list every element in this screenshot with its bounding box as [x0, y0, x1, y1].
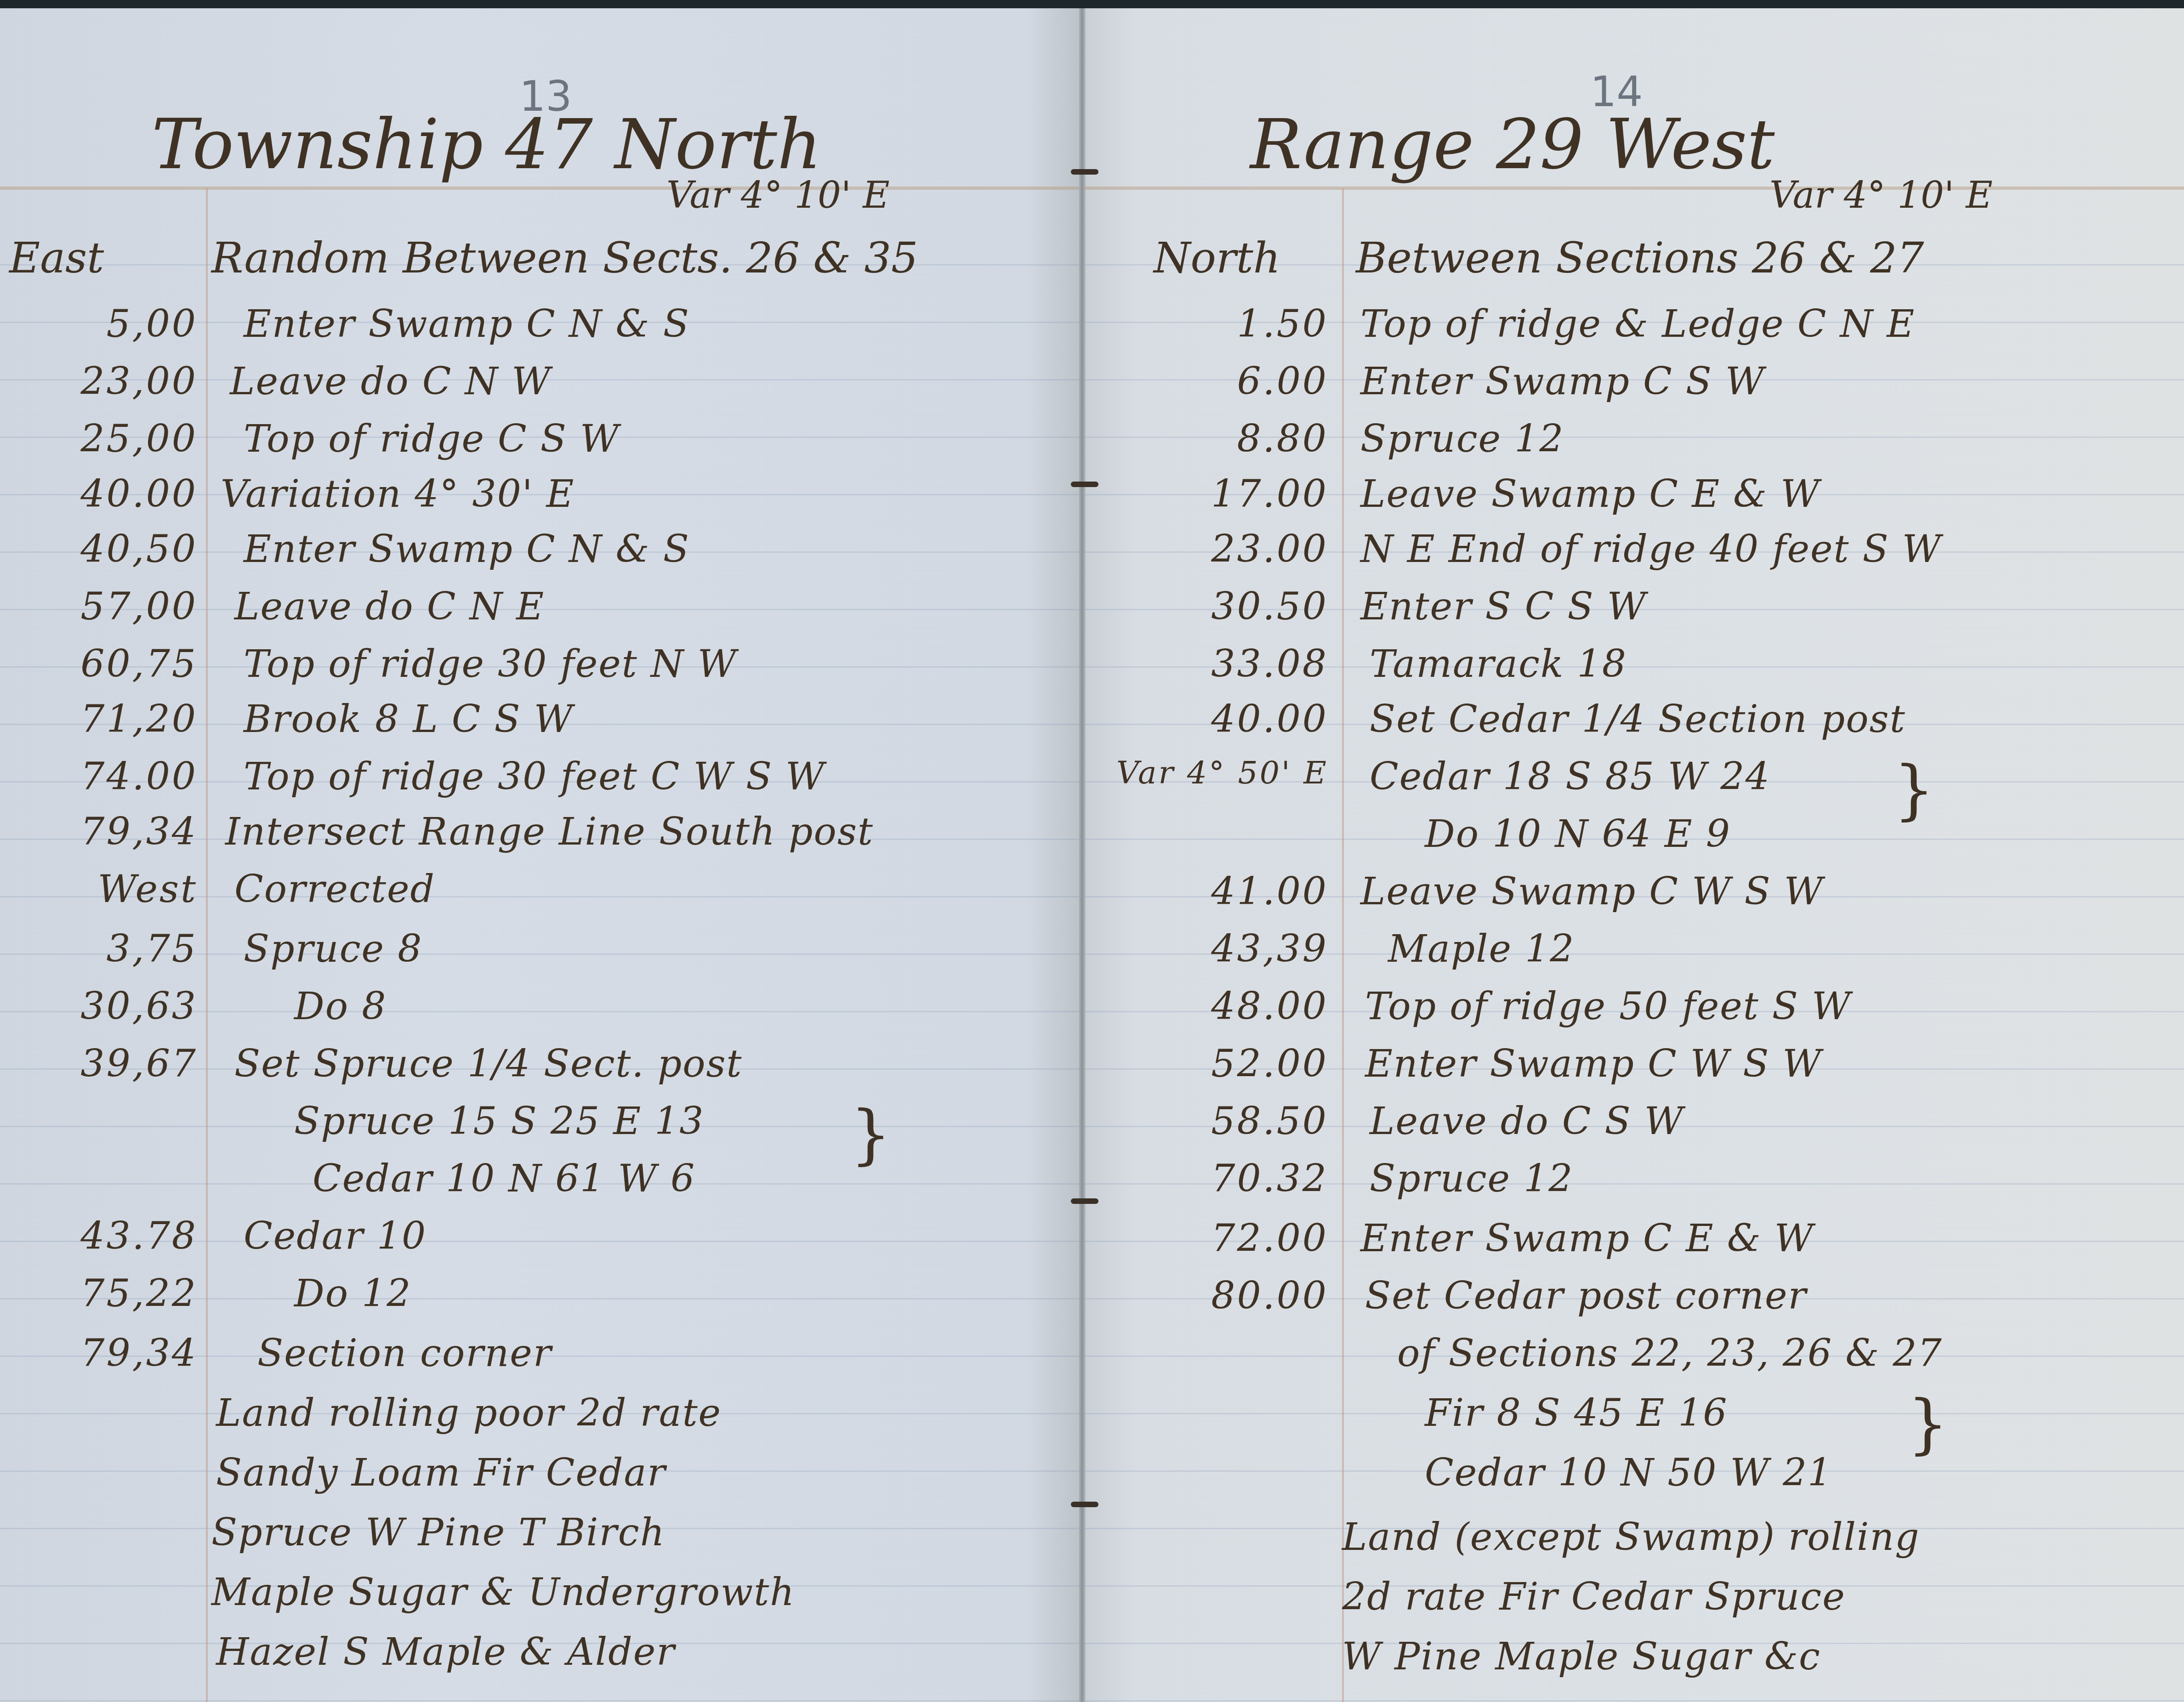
note: Top of ridge & Ledge C N E	[1360, 302, 1915, 346]
margin-rule	[206, 188, 208, 1702]
note: Top of ridge 30 feet N W	[244, 642, 737, 686]
distance: West	[0, 868, 198, 911]
distance: 40.00	[1085, 698, 1328, 741]
ledger-spread: 13 Township 47 North Var 4° 10' E East R…	[0, 8, 2184, 1702]
note: Maple 12	[1388, 927, 1575, 971]
distance: 41.00	[1085, 870, 1328, 913]
distance: 25,00	[0, 417, 198, 461]
note: Cedar 10	[244, 1214, 427, 1258]
note: Cedar 10 N 50 W 21	[1425, 1451, 1832, 1495]
variation-note: Var 4° 10' E	[1769, 174, 1993, 216]
distance: 71,20	[0, 698, 198, 741]
note: Section corner	[257, 1332, 552, 1375]
distance: 5,00	[0, 302, 198, 346]
distance: 74.00	[0, 755, 198, 799]
distance: 40.00	[0, 472, 198, 516]
distance: 60,75	[0, 642, 198, 686]
scan-border	[0, 0, 2184, 8]
note: Enter S C S W	[1360, 585, 1647, 629]
left-page: 13 Township 47 North Var 4° 10' E East R…	[0, 8, 1082, 1702]
distance: 23.00	[1085, 528, 1328, 571]
note: Spruce 12	[1360, 417, 1564, 461]
distance: 40,50	[0, 528, 198, 571]
note: W Pine Maple Sugar &c	[1342, 1635, 1821, 1679]
note: Leave do C N E	[234, 585, 545, 629]
note: Brook 8 L C S W	[244, 698, 574, 741]
note: Leave do C S W	[1370, 1100, 1684, 1143]
note: Leave Swamp C E & W	[1360, 472, 1820, 516]
distance: 70.32	[1085, 1157, 1328, 1201]
heading-direction: East	[9, 233, 104, 283]
distance: 57,00	[0, 585, 198, 629]
distance: 3,75	[0, 927, 198, 971]
note: Top of ridge 50 feet S W	[1365, 985, 1851, 1028]
heading-text: Between Sections 26 & 27	[1356, 233, 1924, 283]
distance: 17.00	[1085, 472, 1328, 516]
bearing-tree-brace: }	[1907, 1387, 1948, 1462]
note: Tamarack 18	[1370, 642, 1627, 686]
note: Do 10 N 64 E 9	[1425, 812, 1731, 856]
note: N E End of ridge 40 feet S W	[1360, 528, 1942, 571]
distance: 23,00	[0, 360, 198, 403]
distance: 43.78	[0, 1214, 198, 1258]
page-title: Township 47 North	[152, 105, 822, 185]
note: Enter Swamp C N & S	[244, 528, 690, 571]
note: Cedar 18 S 85 W 24	[1370, 755, 1770, 799]
note: Maple Sugar & Undergrowth	[211, 1571, 795, 1614]
variation-note: Var 4° 10' E	[666, 174, 890, 216]
distance: 75,22	[0, 1272, 198, 1316]
note: Spruce 12	[1370, 1157, 1574, 1201]
distance: 8.80	[1085, 417, 1328, 461]
distance: 72.00	[1085, 1217, 1328, 1260]
distance: 6.00	[1085, 360, 1328, 403]
distance: 58.50	[1085, 1100, 1328, 1143]
heading-text: Random Between Sects. 26 & 35	[211, 233, 918, 283]
distance: 79,34	[0, 810, 198, 854]
note: Leave do C N W	[230, 360, 552, 403]
distance: 48.00	[1085, 985, 1328, 1028]
heading-direction: North	[1154, 233, 1280, 283]
note: Land (except Swamp) rolling	[1342, 1515, 1920, 1559]
page-title: Range 29 West	[1250, 105, 1774, 185]
note: Enter Swamp C W S W	[1365, 1042, 1822, 1086]
margin-rule	[1342, 188, 1344, 1702]
note: Do 12	[294, 1272, 412, 1316]
note: Spruce 15 S 25 E 13	[294, 1100, 705, 1143]
note: Cedar 10 N 61 W 6	[313, 1157, 695, 1201]
distance: 30.50	[1085, 585, 1328, 629]
bearing-tree-brace: }	[1894, 753, 1934, 828]
note: of Sections 22, 23, 26 & 27	[1397, 1332, 1943, 1375]
note: 2d rate Fir Cedar Spruce	[1342, 1575, 1846, 1619]
note: Sandy Loam Fir Cedar	[216, 1451, 666, 1495]
header-rule	[1085, 187, 2184, 190]
distance: 80.00	[1085, 1274, 1328, 1318]
distance: 79,34	[0, 1332, 198, 1375]
distance: 33.08	[1085, 642, 1328, 686]
variation-distance: Var 4° 50' E	[1085, 755, 1328, 791]
header-rule	[0, 187, 1082, 190]
note: Enter Swamp C N & S	[244, 302, 690, 346]
note: Set Spruce 1/4 Sect. post	[234, 1042, 743, 1086]
note: Hazel S Maple & Alder	[216, 1630, 676, 1674]
distance: 39,67	[0, 1042, 198, 1086]
note: Spruce W Pine T Birch	[211, 1511, 665, 1554]
distance: 52.00	[1085, 1042, 1328, 1086]
distance: 43,39	[1085, 927, 1328, 971]
note: Set Cedar post corner	[1365, 1274, 1807, 1318]
note: Do 8	[294, 985, 387, 1028]
distance: 1.50	[1085, 302, 1328, 346]
right-page: 14 Range 29 West Var 4° 10' E North Betw…	[1085, 8, 2184, 1702]
note: Spruce 8	[244, 927, 422, 971]
bearing-tree-brace: }	[850, 1097, 891, 1172]
note: Corrected	[234, 868, 435, 911]
note: Set Cedar 1/4 Section post	[1370, 698, 1906, 741]
note: Leave Swamp C W S W	[1360, 870, 1824, 913]
note: Top of ridge 30 feet C W S W	[244, 755, 825, 799]
note: Enter Swamp C E & W	[1360, 1217, 1814, 1260]
distance: 30,63	[0, 985, 198, 1028]
note: Top of ridge C S W	[244, 417, 620, 461]
note: Variation 4° 30' E	[221, 472, 574, 516]
note: Intersect Range Line South post	[225, 810, 874, 854]
note: Fir 8 S 45 E 16	[1425, 1391, 1728, 1435]
note: Land rolling poor 2d rate	[216, 1391, 722, 1435]
note: Enter Swamp C S W	[1360, 360, 1765, 403]
